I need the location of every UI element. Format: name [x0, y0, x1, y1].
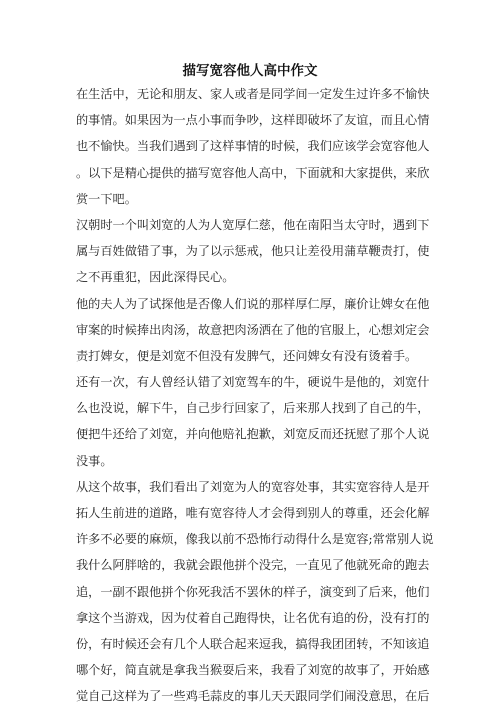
- text-line: 审案的时候捧出肉汤，故意把肉汤洒在了他的官服上，心想刘定会: [76, 317, 417, 343]
- text-line: 份，有时候还会有几个人联合起来逗我，搞得我团团转，不知该追: [76, 631, 417, 657]
- text-line: 么也没说，解下牛，自己步行回家了，后来那人找到了自己的牛，: [76, 395, 417, 421]
- text-line: 赏一下吧。: [76, 186, 421, 212]
- text-line: 哪个好，简直就是拿我当猴耍后来，我看了刘宽的故事了，开始感: [76, 657, 417, 683]
- text-line: 觉自己这样为了一些鸡毛蒜皮的事儿天天跟同学们闹没意思，在后: [76, 683, 417, 707]
- text-line: 许多不必要的麻烦，像我以前不恐怖行动得什么是宽容;常常别人说: [76, 526, 417, 552]
- text-line: 追，一副不跟他拼个你死我活不罢休的样子，演变到了后来，他们: [76, 579, 417, 605]
- text-line: 没事。: [76, 448, 421, 474]
- document-title: 描写宽容他人高中作文: [0, 62, 500, 80]
- text-line: 从这个故事，我们看出了刘宽为人的宽容处事，其实宽容待人是开: [76, 474, 417, 500]
- text-line: 的事情。如果因为一点小事而争吵，这样即破坏了友谊，而且心情: [76, 107, 417, 133]
- text-line: 责打婢女，便是刘宽不但没有发脾气，还问婢女有没有烫着手。: [76, 343, 421, 369]
- text-line: 他的夫人为了试探他是否像人们说的那样厚仁厚，廉价让婢女在他: [76, 291, 417, 317]
- text-line: 拓人生前进的道路，唯有宽容待人才会得到别人的尊重，还会化解: [76, 500, 417, 526]
- text-line: 拿这个当游戏，因为仗着自己跑得快，让名优有追的份，没有打的: [76, 605, 417, 631]
- text-line: 在生活中，无论和朋友、家人或者是同学间一定发生过许多不愉快: [76, 81, 417, 107]
- text-line: 便把牛还给了刘宽，并向他赔礼抱歉，刘宽反而还抚慰了那个人说: [76, 421, 417, 447]
- text-line: 我什么阿胖啥的，我就会跟他拼个没完，一直见了他就死命的跑去: [76, 552, 417, 578]
- document-body: 在生活中，无论和朋友、家人或者是同学间一定发生过许多不愉快的事情。如果因为一点小…: [76, 81, 421, 707]
- document-page: 描写宽容他人高中作文 在生活中，无论和朋友、家人或者是同学间一定发生过许多不愉快…: [0, 0, 500, 707]
- text-line: 汉朝时一个叫刘宽的人为人宽厚仁慈，他在南阳当太守时，遇到下: [76, 212, 417, 238]
- text-line: 之不再重犯，因此深得民心。: [76, 264, 421, 290]
- text-line: 也不愉快。当我们遇到了这样事情的时候，我们应该学会宽容他人: [76, 133, 417, 159]
- text-line: 还有一次，有人曾经认错了刘宽驾车的牛，硬说牛是他的，刘宽什: [76, 369, 417, 395]
- text-line: 属与百姓做错了事，为了以示惩戒，他只让差役用蒲草鞭责打，使: [76, 238, 417, 264]
- text-line: 。以下是精心提供的描写宽容他人高中，下面就和大家提供，来欣: [76, 160, 417, 186]
